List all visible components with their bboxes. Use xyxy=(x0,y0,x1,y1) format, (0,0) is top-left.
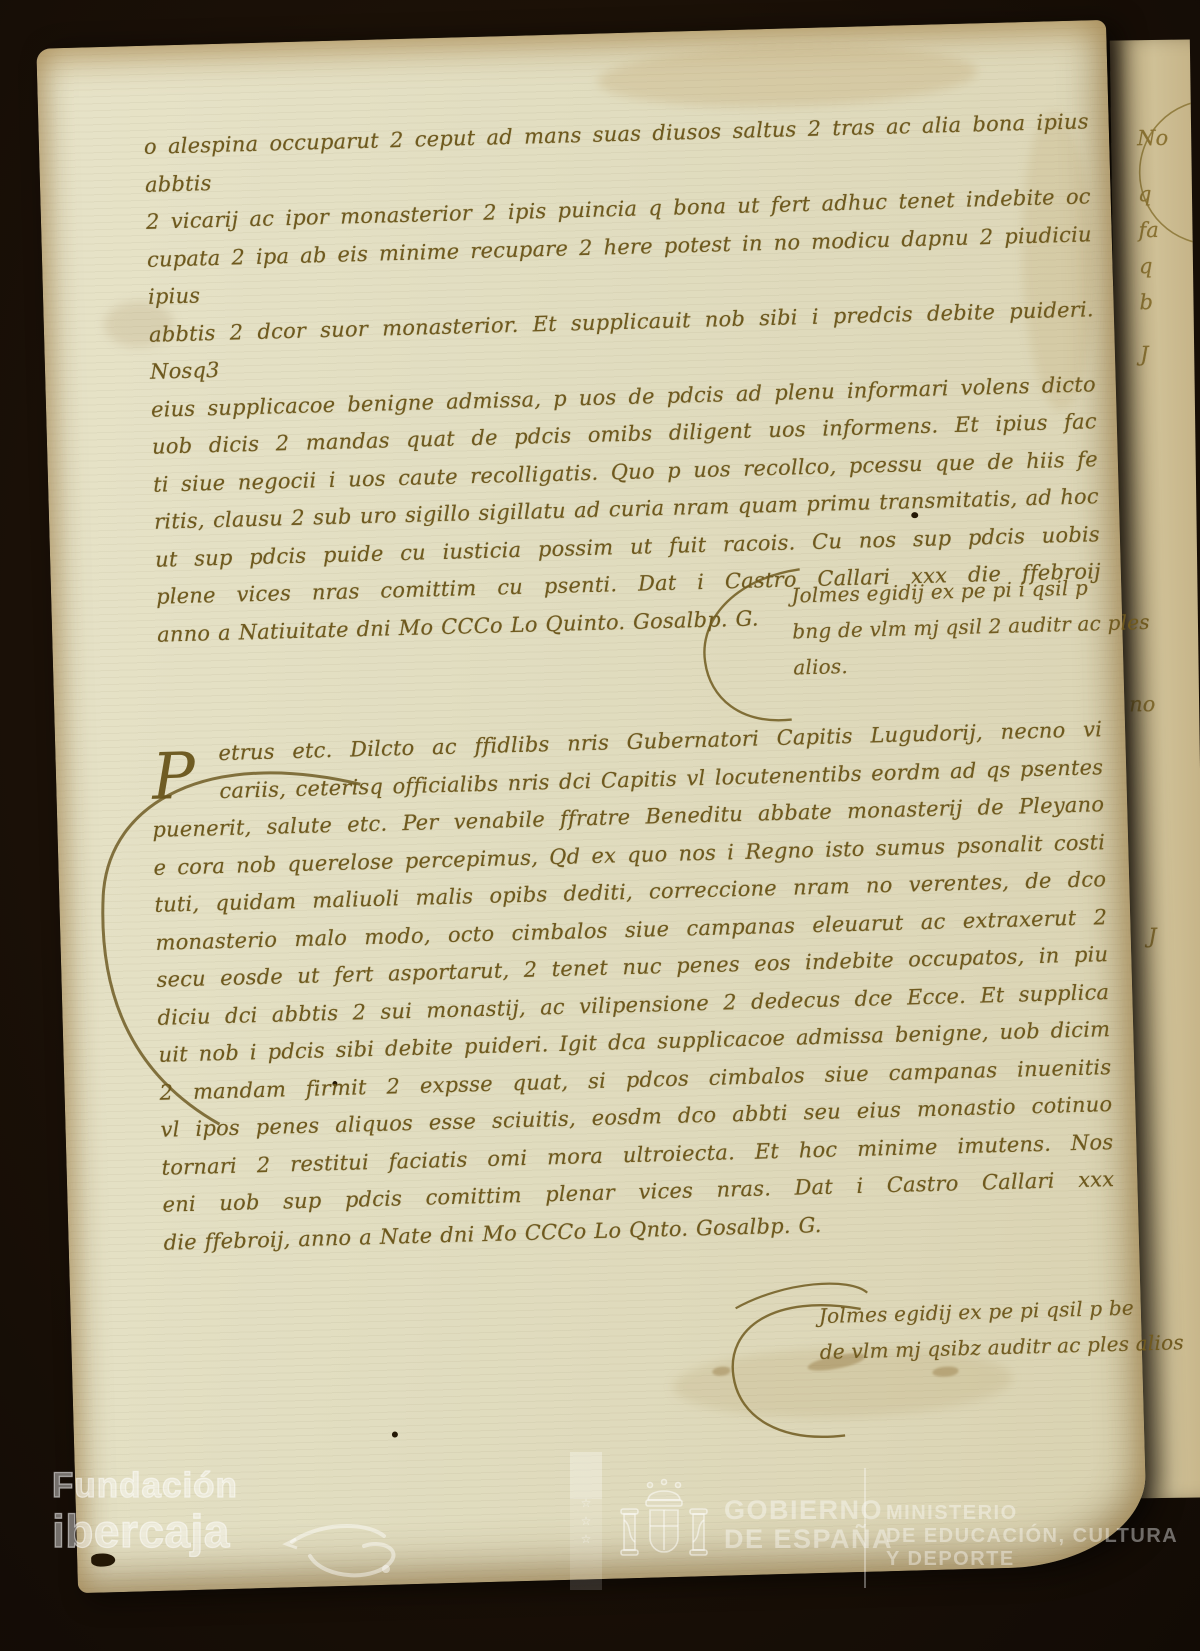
chancery-note-1: Jolmes egidij ex pe pi i qsil p bng de v… xyxy=(696,569,1100,730)
chancery-note-2: Jolmes egidij ex pe pi qsil p be de vlm … xyxy=(723,1289,1166,1421)
facing-page-fragment: J xyxy=(1140,342,1149,366)
letter-2-text-block: etrus etc. Dilcto ac ffidlibs nris Guber… xyxy=(150,711,1116,1262)
facing-page-fragment: no xyxy=(1129,692,1156,716)
facing-page-fragment: J xyxy=(1148,924,1157,948)
parchment-stain xyxy=(597,41,978,111)
ink-speck xyxy=(392,1431,398,1437)
manuscript-page: o alespina occuparut 2 ceput ad mans sua… xyxy=(36,20,1147,1593)
ink-speck xyxy=(91,1553,115,1567)
facing-page-fragment: b xyxy=(1139,290,1153,314)
facing-page-fragment: fa xyxy=(1138,218,1159,242)
facing-page-nota: No xyxy=(1137,126,1168,150)
facing-page-fragment: q xyxy=(1138,182,1152,206)
letter-1-text-block: o alespina occuparut 2 ceput ad mans sua… xyxy=(144,103,1103,653)
facing-page-fragment: q xyxy=(1139,254,1153,278)
